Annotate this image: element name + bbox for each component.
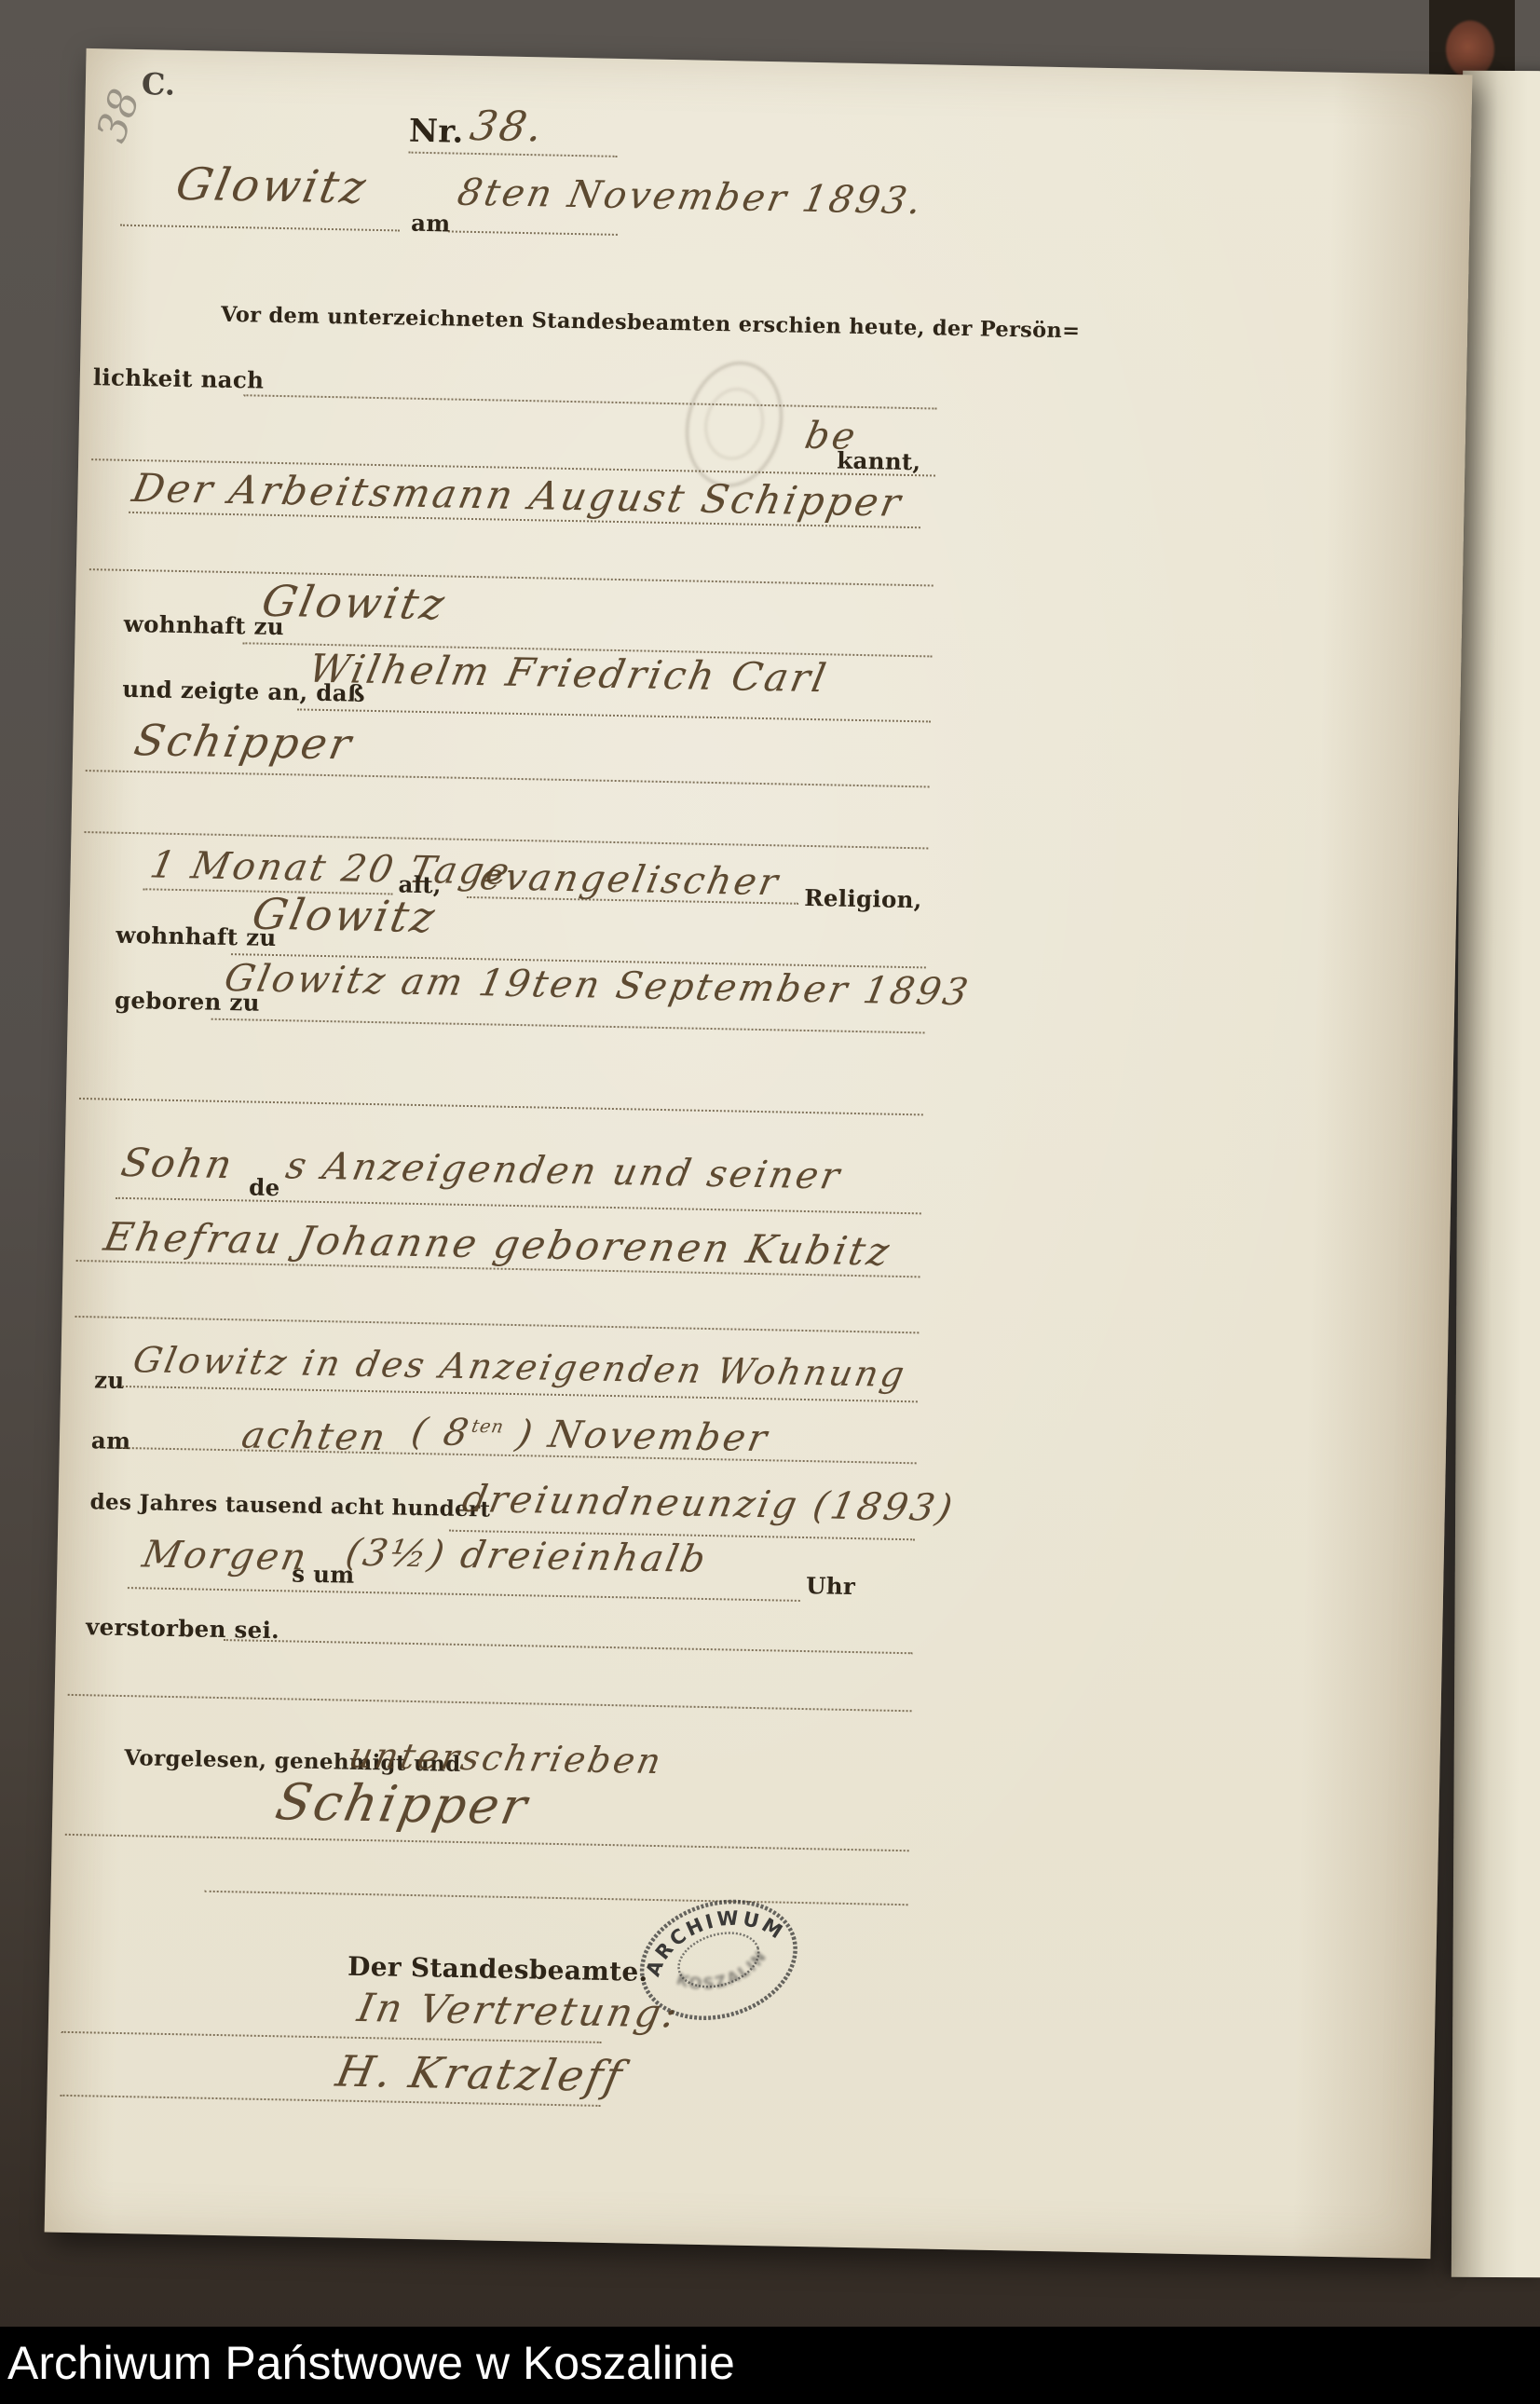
dotted-rule	[68, 1692, 912, 1712]
stamp-bottom-text: KOSZALIN	[670, 1944, 777, 2005]
child-name-line2: Schipper	[130, 715, 358, 769]
parent-hw2: s Anzeigenden und seiner	[282, 1144, 846, 1197]
dotted-rule	[211, 1017, 925, 1034]
register-page: C. 38 Nr. 38. Glowitz am 8ten November 1…	[45, 48, 1473, 2259]
binding-detail	[1446, 20, 1494, 78]
pencil-note: 38	[88, 83, 150, 148]
known-printed: kannt,	[837, 446, 921, 475]
death-year-label: des Jahres tausend acht hundert	[89, 1489, 490, 1522]
dotted-rule	[244, 392, 937, 409]
death-day-paren: ( 8	[408, 1411, 475, 1455]
intro-line2: lichkeit nach	[93, 363, 265, 394]
dotted-rule	[79, 1096, 923, 1115]
place-value: Glowitz	[171, 158, 373, 214]
archive-caption-bar: Archiwum Państwowe w Koszalinie	[0, 2327, 1540, 2404]
scan-viewport: C. 38 Nr. 38. Glowitz am 8ten November 1…	[0, 0, 1540, 2404]
intro-line1: Vor dem unterzeichneten Standesbeamten e…	[221, 303, 1081, 344]
dotted-rule	[409, 150, 618, 157]
dotted-rule	[128, 1585, 800, 1602]
residence2-value: Glowitz	[248, 889, 441, 943]
death-day-ordinal: ten	[470, 1415, 506, 1438]
record-no-value: 38.	[467, 102, 550, 151]
registrar-title: Der Standesbeamte.	[348, 1951, 648, 1987]
death-place-label: zu	[94, 1366, 125, 1394]
am-label: am	[411, 210, 451, 238]
religion-label: Religion,	[804, 884, 922, 913]
attest-signature: Schipper	[271, 1772, 534, 1836]
residence-value: Glowitz	[258, 576, 451, 630]
registrar-hw: In Vertretung:	[354, 1985, 684, 2036]
dotted-rule	[224, 1637, 913, 1654]
dotted-rule	[297, 706, 931, 722]
ghost-stamp-inner	[699, 382, 770, 465]
death-day-label: am	[91, 1427, 131, 1455]
dotted-rule	[116, 1195, 921, 1215]
age-value: 1 Monat 20 Tage	[146, 844, 515, 894]
death-year-value: dreiundneunzig (1893)	[458, 1478, 958, 1530]
date-value: 8ten November 1893.	[454, 171, 927, 223]
death-time-hw: Morgen	[139, 1533, 312, 1578]
registrar-signature: H. Kratzleff	[332, 2046, 628, 2102]
dotted-rule	[89, 567, 934, 586]
death-time-value: (3½) dreieinhalb	[342, 1532, 711, 1581]
record-no-label: Nr.	[409, 113, 464, 151]
uhr-label: Uhr	[806, 1572, 856, 1600]
dotted-rule	[448, 228, 618, 235]
dotted-rule	[205, 1889, 908, 1905]
dotted-rule	[75, 1314, 919, 1333]
dotted-rule	[120, 223, 400, 232]
svg-text:KOSZALIN: KOSZALIN	[670, 1944, 777, 2005]
child-name-line1: Wilhelm Friedrich Carl	[305, 646, 832, 702]
parent-hw1: Sohn	[117, 1140, 238, 1187]
archive-caption: Archiwum Państwowe w Koszalinie	[7, 2336, 735, 2390]
dotted-rule	[86, 768, 930, 787]
